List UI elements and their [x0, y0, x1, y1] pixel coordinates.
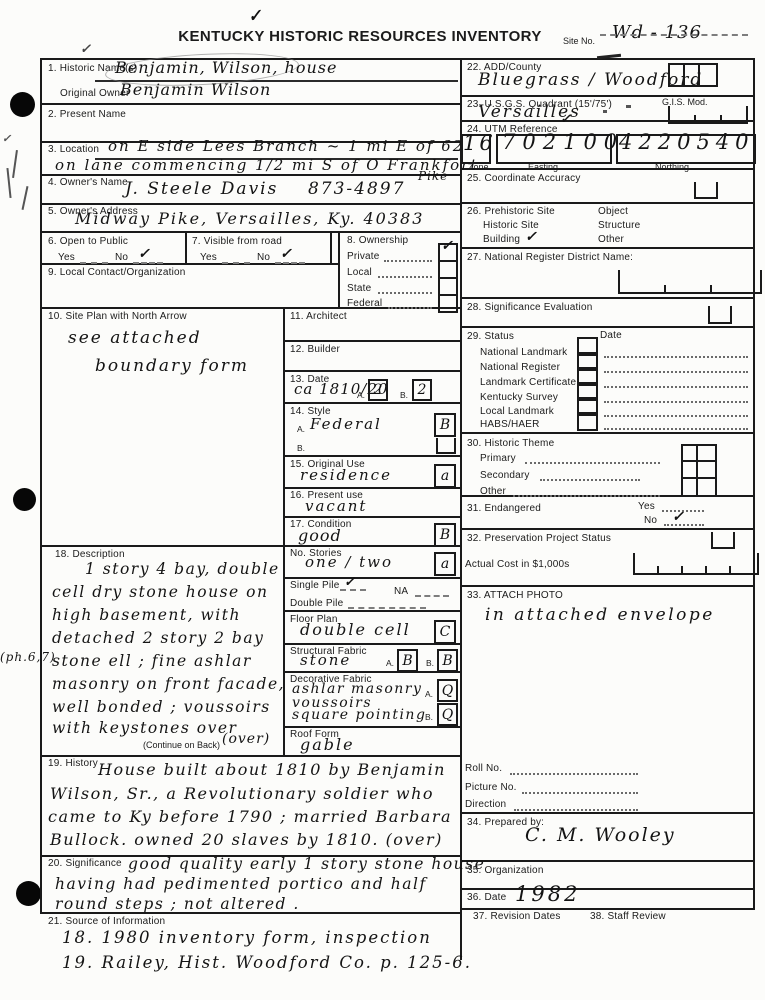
divider	[460, 432, 755, 434]
field-6-no: No	[115, 252, 128, 263]
field-2-label: 2. Present Name	[48, 109, 126, 120]
tick	[664, 285, 666, 292]
field-30-label: 30. Historic Theme	[467, 438, 554, 449]
field-25-codebox	[694, 182, 718, 199]
status-date-line	[604, 386, 748, 388]
floor-plan-codebox: C	[434, 620, 456, 644]
field-13-b-codebox: 2	[412, 379, 432, 401]
field-18-line: detached 2 story 2 bay	[52, 629, 264, 647]
form-title: KENTUCKY HISTORIC RESOURCES INVENTORY	[165, 28, 555, 45]
divider	[460, 202, 755, 204]
field-7-check: ✓	[280, 246, 292, 262]
na-label: NA	[394, 586, 408, 597]
field-3-line3: Pike	[418, 169, 448, 183]
field-6-yes: Yes	[58, 252, 75, 263]
field-4-label: 4. Owner's Name	[48, 177, 128, 188]
divider	[283, 671, 460, 673]
theme-code-grid	[681, 444, 717, 497]
divider	[283, 610, 460, 612]
status-item: National Landmark	[480, 347, 567, 358]
field-10-line2: boundary form	[95, 356, 249, 376]
field-32-label: 32. Preservation Project Status	[467, 533, 611, 544]
field-20-line: round steps ; not altered .	[55, 895, 300, 913]
field-38-label: 38. Staff Review	[590, 911, 666, 922]
field-29-date-label: Date	[600, 330, 622, 341]
picture-no-label: Picture No.	[465, 782, 517, 793]
divider	[185, 231, 187, 263]
theme-grid-divider	[681, 460, 715, 462]
field-19-line: Bullock. owned 20 slaves by 1810. (over)	[50, 830, 443, 849]
field-36-value: 1982	[515, 882, 580, 906]
divider	[460, 585, 755, 587]
field-19-line: House built about 1810 by Benjamin	[98, 760, 446, 779]
field-26-object-label: Object	[598, 206, 628, 217]
field-26-other-label: Other	[598, 234, 624, 245]
picture-no-line	[522, 792, 638, 794]
field-18-line: masonry on front facade,	[52, 675, 285, 693]
field-25-label: 25. Coordinate Accuracy	[467, 173, 581, 184]
divider	[40, 58, 42, 912]
field-9-label: 9. Local Contact/Organization	[48, 267, 186, 278]
divider	[40, 203, 460, 205]
utm-northing-value: 4220540	[619, 130, 755, 154]
ownership-state: State	[347, 283, 371, 294]
divider	[460, 326, 755, 328]
divider	[460, 58, 462, 960]
ownership-federal: Federal	[347, 298, 382, 309]
pencil-check-mark: ✓	[80, 42, 91, 57]
pencil-mark	[22, 186, 29, 210]
field-10-label: 10. Site Plan with North Arrow	[48, 311, 187, 322]
divider	[460, 888, 755, 890]
field-12-label: 12. Builder	[290, 344, 340, 355]
divider	[283, 577, 460, 579]
divider	[283, 726, 460, 728]
divider	[283, 455, 460, 457]
divider	[460, 95, 755, 97]
field-18-margin-note: (ph.6,7)	[0, 650, 56, 664]
field-6-no-line	[133, 262, 163, 264]
field-26-prehistoric-label: 26. Prehistoric Site	[467, 206, 555, 217]
pencil-mark	[12, 150, 18, 178]
divider	[460, 297, 755, 299]
field-15-codebox: a	[434, 464, 456, 488]
divider	[283, 340, 460, 342]
tick	[657, 566, 659, 573]
status-date-line	[604, 415, 748, 417]
status-item: National Register	[480, 362, 560, 373]
field-8-label: 8. Ownership	[347, 235, 408, 246]
site-no-value: Wd - 136	[612, 22, 702, 43]
field-6-yes-line	[80, 262, 108, 264]
status-item: Landmark Certificate	[480, 377, 576, 388]
divider	[460, 908, 755, 910]
theme-line	[513, 495, 660, 497]
field-13-a-label: A.	[357, 390, 365, 400]
field-22-codebox-divider	[698, 63, 700, 85]
field-19-line: Wilson, Sr., a Revolutionary soldier who	[50, 784, 434, 803]
field-20-line: having had pedimented portico and half	[55, 875, 427, 893]
divider	[40, 545, 283, 547]
field-31-yes: Yes	[638, 501, 655, 512]
field-29-label: 29. Status	[467, 331, 514, 342]
status-date-line	[604, 371, 748, 373]
field-6-check: ✓	[138, 246, 150, 262]
utm-zone-label: Zone	[468, 162, 489, 172]
original-owner-value: Benjamin Wilson	[120, 80, 271, 99]
pencil-mark	[603, 110, 607, 113]
field-27-codebox	[618, 270, 762, 294]
field-26-structure-label: Structure	[598, 220, 640, 231]
divider	[283, 370, 460, 372]
field-33-label: 33. ATTACH PHOTO	[467, 590, 563, 601]
ownership-local: Local	[347, 267, 372, 278]
field-33-value: in attached envelope	[485, 605, 715, 625]
floor-plan-value: double cell	[300, 620, 411, 639]
field-26-check: ✓	[525, 229, 537, 245]
roll-no-label: Roll No.	[465, 763, 502, 774]
field-36-label: 36. Date	[467, 892, 506, 903]
field-18-label: 18. Description	[55, 549, 125, 560]
hole-punch	[13, 488, 36, 511]
status-item: HABS/HAER	[480, 419, 540, 430]
single-pile-label: Single Pile	[290, 580, 339, 591]
field-20-line: good quality early 1 story stone house	[128, 855, 485, 873]
ownership-federal-checkbox	[438, 294, 458, 313]
field-34-value: C. M. Wooley	[525, 824, 676, 846]
field-17-codebox: B	[434, 523, 456, 547]
field-18-line: well bonded ; voussoirs	[52, 698, 271, 716]
na-line	[415, 595, 449, 597]
tick	[729, 566, 731, 573]
field-21-line: 18. 1980 inventory form, inspection	[62, 928, 432, 947]
site-no-label: Site No.	[563, 36, 595, 46]
field-18-over-note: (over)	[222, 731, 270, 747]
field-20-label: 20. Significance	[48, 858, 122, 869]
field-14-a-label: A.	[297, 424, 305, 434]
field-32-codebox	[711, 532, 735, 549]
utm-easting-label: Easting	[528, 162, 558, 172]
leader	[388, 307, 432, 309]
field-18-line: stone ell ; fine ashlar	[52, 652, 252, 670]
field-3-label: 3. Location	[48, 144, 99, 155]
tick	[705, 566, 707, 573]
gis-mod-codebox	[668, 106, 748, 124]
tick	[710, 285, 712, 292]
hole-punch	[16, 881, 41, 906]
status-checkbox	[577, 412, 598, 431]
field-11-label: 11. Architect	[290, 311, 347, 322]
header-check-mark: ✓	[247, 5, 263, 26]
field-3-line2: on lane commencing 1/2 mi S of O Frankfo…	[55, 156, 478, 174]
stories-value: one / two	[305, 553, 393, 571]
field-18-line: cell dry stone house on	[52, 583, 268, 601]
field-18-line: 1 story 4 bay, double	[85, 560, 280, 578]
utm-zone-value: 16	[463, 131, 496, 155]
divider	[40, 103, 460, 105]
divider	[283, 516, 460, 518]
structural-a-codebox: B	[397, 649, 418, 672]
field-22-codebox	[668, 63, 718, 87]
tick	[681, 566, 683, 573]
actual-cost-label: Actual Cost in $1,000s	[465, 559, 569, 570]
divider	[460, 860, 755, 862]
field-14-a-value: Federal	[310, 415, 382, 433]
structural-fabric-value: stone	[300, 651, 351, 669]
field-31-check: ✓	[672, 509, 684, 525]
theme-grid-divider	[681, 477, 715, 479]
direction-line	[514, 809, 638, 811]
field-21-line: 19. Railey, Hist. Woodford Co. p. 125-6.	[62, 953, 472, 972]
field-28-label: 28. Significance Evaluation	[467, 302, 592, 313]
utm-easting-value: 702100	[502, 130, 624, 154]
field-13-a-codebox: 2	[368, 379, 388, 401]
field-6-label: 6. Open to Public	[48, 236, 128, 247]
field-31-label: 31. Endangered	[467, 503, 541, 514]
decorative-line3: square pointing	[292, 707, 426, 723]
field-27-label: 27. National Register District Name:	[467, 252, 633, 263]
tick	[694, 115, 696, 122]
field-7-label: 7. Visible from road	[192, 236, 282, 247]
field-7-no: No	[257, 252, 270, 263]
field-19-line: came to Ky before 1790 ; married Barbara	[48, 807, 452, 826]
field-19-label: 19. History	[48, 758, 98, 769]
direction-label: Direction	[465, 799, 506, 810]
field-31-no: No	[644, 515, 657, 526]
field-22-codebox-divider	[683, 63, 685, 85]
decorative-a-codebox: Q	[437, 679, 458, 702]
double-pile-label: Double Pile	[290, 598, 343, 609]
field-7-yes-line	[222, 262, 250, 264]
field-26-building-label: Building	[483, 234, 520, 245]
status-date-line	[604, 401, 748, 403]
field-7-yes: Yes	[200, 252, 217, 263]
field-14-b-codebox	[436, 438, 456, 454]
field-1-value: Benjamin, Wilson, house	[115, 58, 337, 77]
status-item: Kentucky Survey	[480, 392, 558, 403]
roof-form-value: gable	[300, 735, 355, 754]
pencil-mark	[6, 168, 11, 198]
theme-primary-label: Primary	[480, 453, 516, 464]
double-pile-line	[348, 607, 426, 609]
theme-line	[525, 462, 660, 464]
theme-line	[540, 479, 640, 481]
status-date-line	[604, 428, 748, 430]
leader	[378, 276, 432, 278]
divider	[460, 812, 755, 814]
continue-on-back-note: (Continue on Back)	[143, 740, 220, 750]
divider	[40, 231, 460, 233]
field-37-label: 37. Revision Dates	[473, 911, 561, 922]
leader	[384, 260, 432, 262]
utm-northing-label: Northing	[655, 162, 689, 172]
field-35-label: 35. Organization	[467, 865, 544, 876]
structural-b-label: B.	[426, 658, 434, 668]
pencil-mark	[626, 105, 631, 108]
roll-no-line	[510, 773, 638, 775]
divider	[460, 247, 755, 249]
theme-secondary-label: Secondary	[480, 470, 530, 481]
divider	[40, 174, 460, 176]
field-5-value: Midway Pike, Versailles, Ky. 40383	[75, 209, 424, 228]
field-14-a-codebox: B	[434, 413, 456, 437]
structural-a-label: A.	[386, 658, 394, 668]
field-28-codebox	[708, 306, 732, 324]
divider	[338, 231, 340, 309]
ownership-check: ✓	[441, 238, 453, 254]
leader	[378, 292, 432, 294]
status-item: Local Landmark	[480, 406, 554, 417]
inventory-form-scan: ✓ ✓ KENTUCKY HISTORIC RESOURCES INVENTOR…	[0, 0, 765, 1000]
field-17-value: good	[298, 526, 342, 545]
structural-b-codebox: B	[437, 649, 458, 672]
actual-cost-codebox	[633, 553, 759, 575]
status-date-line	[604, 356, 748, 358]
decorative-b-codebox: Q	[437, 703, 458, 726]
divider	[460, 168, 755, 170]
theme-grid-divider	[696, 444, 698, 495]
divider	[330, 231, 332, 263]
field-16-value: vacant	[305, 497, 367, 515]
hole-punch	[10, 92, 35, 117]
site-no-underline	[600, 34, 748, 36]
theme-other-label: Other	[480, 486, 506, 497]
single-pile-check: ✓	[344, 575, 355, 590]
field-10-line1: see attached	[68, 328, 202, 348]
divider	[460, 528, 755, 530]
field-18-line: with keystones over	[52, 719, 237, 737]
decorative-a-label: A.	[425, 689, 433, 699]
divider	[40, 755, 460, 757]
tick	[720, 115, 722, 122]
field-13-b-label: B.	[400, 390, 408, 400]
field-7-no-line	[275, 262, 305, 264]
divider	[283, 402, 460, 404]
field-18-line: high basement, with	[52, 606, 241, 624]
decorative-b-label: B.	[425, 712, 433, 722]
divider	[753, 58, 755, 908]
stories-codebox: a	[434, 552, 456, 576]
field-31-no-line	[664, 524, 704, 526]
pencil-check-mark: ✓	[2, 132, 11, 145]
field-21-label: 21. Source of Information	[48, 916, 165, 927]
field-15-value: residence	[300, 466, 392, 484]
field-23-check: ✓	[560, 112, 571, 127]
field-3-line1: on E side Lees Branch ~ 1 mi E of 62	[108, 137, 464, 155]
field-4-value: J. Steele Davis 873-4897	[125, 179, 405, 199]
field-14-b-label: B.	[297, 443, 305, 453]
ownership-private: Private	[347, 251, 380, 262]
